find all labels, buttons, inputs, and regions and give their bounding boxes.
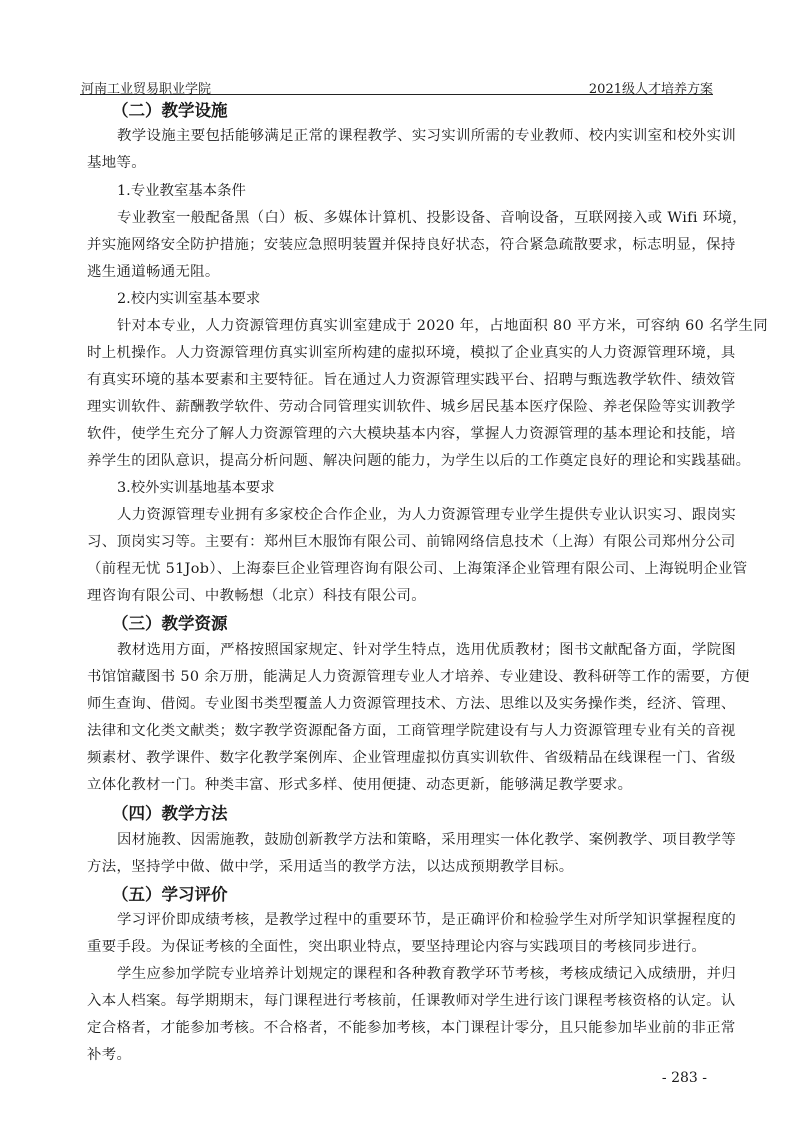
paragraph-line: 理实训软件、薪酬教学软件、劳动合同管理实训软件、城乡居民基本医疗保险、养老保险等… <box>87 397 736 417</box>
paragraph-line: 逃生通道畅通无阻。 <box>87 262 220 282</box>
paragraph-line: 并实施网络安全防护措施；安装应急照明装置并保持良好状态，符合紧急疏散要求，标志明… <box>87 235 736 255</box>
paragraph-line: 养学生的团队意识，提高分析问题、解决问题的能力，为学生以后的工作奠定良好的理论和… <box>87 451 750 471</box>
paragraph-line: 基地等。 <box>87 153 146 173</box>
page-number: - 283 - <box>662 1070 707 1086</box>
paragraph-line: 法律和文化类文献类；数字教学资源配备方面，工商管理学院建设有与人力资源管理专业有… <box>87 721 736 741</box>
paragraph-line: 学生应参加学院专业培养计划规定的课程和各种教育教学环节考核，考核成绩记入成绩册，… <box>117 964 736 984</box>
subsection-title-classroom: 1.专业教室基本条件 <box>117 181 246 201</box>
paragraph-line: 书馆馆藏图书 50 余万册，能满足人力资源管理专业人才培养、专业建设、教科研等工… <box>87 667 750 687</box>
paragraph-line: 习、顶岗实习等。主要有：郑州巨木服饰有限公司、前锦网络信息技术（上海）有限公司郑… <box>87 532 736 552</box>
paragraph-line: 教材选用方面，严格按照国家规定、针对学生特点，选用优质教材；图书文献配备方面，学… <box>117 640 736 660</box>
paragraph-line: 教学设施主要包括能够满足正常的课程教学、实习实训所需的专业教师、校内实训室和校外… <box>117 126 736 146</box>
section-heading-resources: （三）教学资源 <box>112 613 228 635</box>
subsection-title-offsite-base: 3.校外实训基地基本要求 <box>117 478 275 498</box>
paragraph-line: 有真实环境的基本要素和主要特征。旨在通过人力资源管理实践平台、招聘与甄选教学软件… <box>87 370 736 390</box>
section-heading-facilities: （二）教学设施 <box>112 100 228 122</box>
paragraph-line: 补考。 <box>87 1045 131 1065</box>
subsection-title-onsite-lab: 2.校内实训室基本要求 <box>117 289 260 309</box>
paragraph-line: 师生查询、借阅。专业图书类型覆盖人力资源管理技术、方法、思维以及实务操作类，经济… <box>87 694 736 714</box>
section-heading-methods: （四）教学方法 <box>112 803 228 825</box>
paragraph-line: 频素材、教学课件、数字化教学案例库、企业管理虚拟仿真实训软件、省级精品在线课程一… <box>87 748 736 768</box>
paragraph-line: 软件，使学生充分了解人力资源管理的六大模块基本内容，掌握人力资源管理的基本理论和… <box>87 424 736 444</box>
paragraph-line: 时上机操作。人力资源管理仿真实训室所构建的虚拟环境，模拟了企业真实的人力资源管理… <box>87 343 736 363</box>
page-header: 河南工业贸易职业学院 2021级人才培养方案 <box>80 76 713 96</box>
paragraph-line: 重要手段。为保证考核的全面性，突出职业特点，要坚持理论内容与实践项目的考核同步进… <box>87 937 706 957</box>
paragraph-line: 立体化教材一门。种类丰富、形式多样、使用便捷、动态更新，能够满足教学要求。 <box>87 775 632 795</box>
paragraph-line: 学习评价即成绩考核，是教学过程中的重要环节，是正确评价和检验学生对所学知识掌握程… <box>117 910 736 930</box>
section-heading-evaluation: （五）学习评价 <box>112 884 228 906</box>
paragraph-line: 定合格者，才能参加考核。不合格者，不能参加考核，本门课程计零分，且只能参加毕业前… <box>87 1018 736 1038</box>
paragraph-line: 人力资源管理专业拥有多家校企合作企业，为人力资源管理专业学生提供专业认识实习、跟… <box>117 505 736 525</box>
paragraph-line: 因材施教、因需施教，鼓励创新教学方法和策略，采用理实一体化教学、案例教学、项目教… <box>117 830 736 850</box>
header-divider <box>80 94 713 95</box>
paragraph-line: 入本人档案。每学期期末，每门课程进行考核前，任课教师对学生进行该门课程考核资格的… <box>87 991 736 1011</box>
paragraph-line: 理咨询有限公司、中教畅想（北京）科技有限公司。 <box>87 586 426 606</box>
paragraph-line: 专业教室一般配备黑（白）板、多媒体计算机、投影设备、音响设备，互联网接入或 Wi… <box>117 208 747 228</box>
paragraph-line: （前程无忧 51Job）、上海泰巨企业管理咨询有限公司、上海策泽企业管理有限公司… <box>87 559 748 579</box>
paragraph-line: 方法，坚持学中做、做中学，采用适当的教学方法，以达成预期教学目标。 <box>87 857 573 877</box>
paragraph-line: 针对本专业，人力资源管理仿真实训室建成于 2020 年，占地面积 80 平方米，… <box>117 316 768 336</box>
